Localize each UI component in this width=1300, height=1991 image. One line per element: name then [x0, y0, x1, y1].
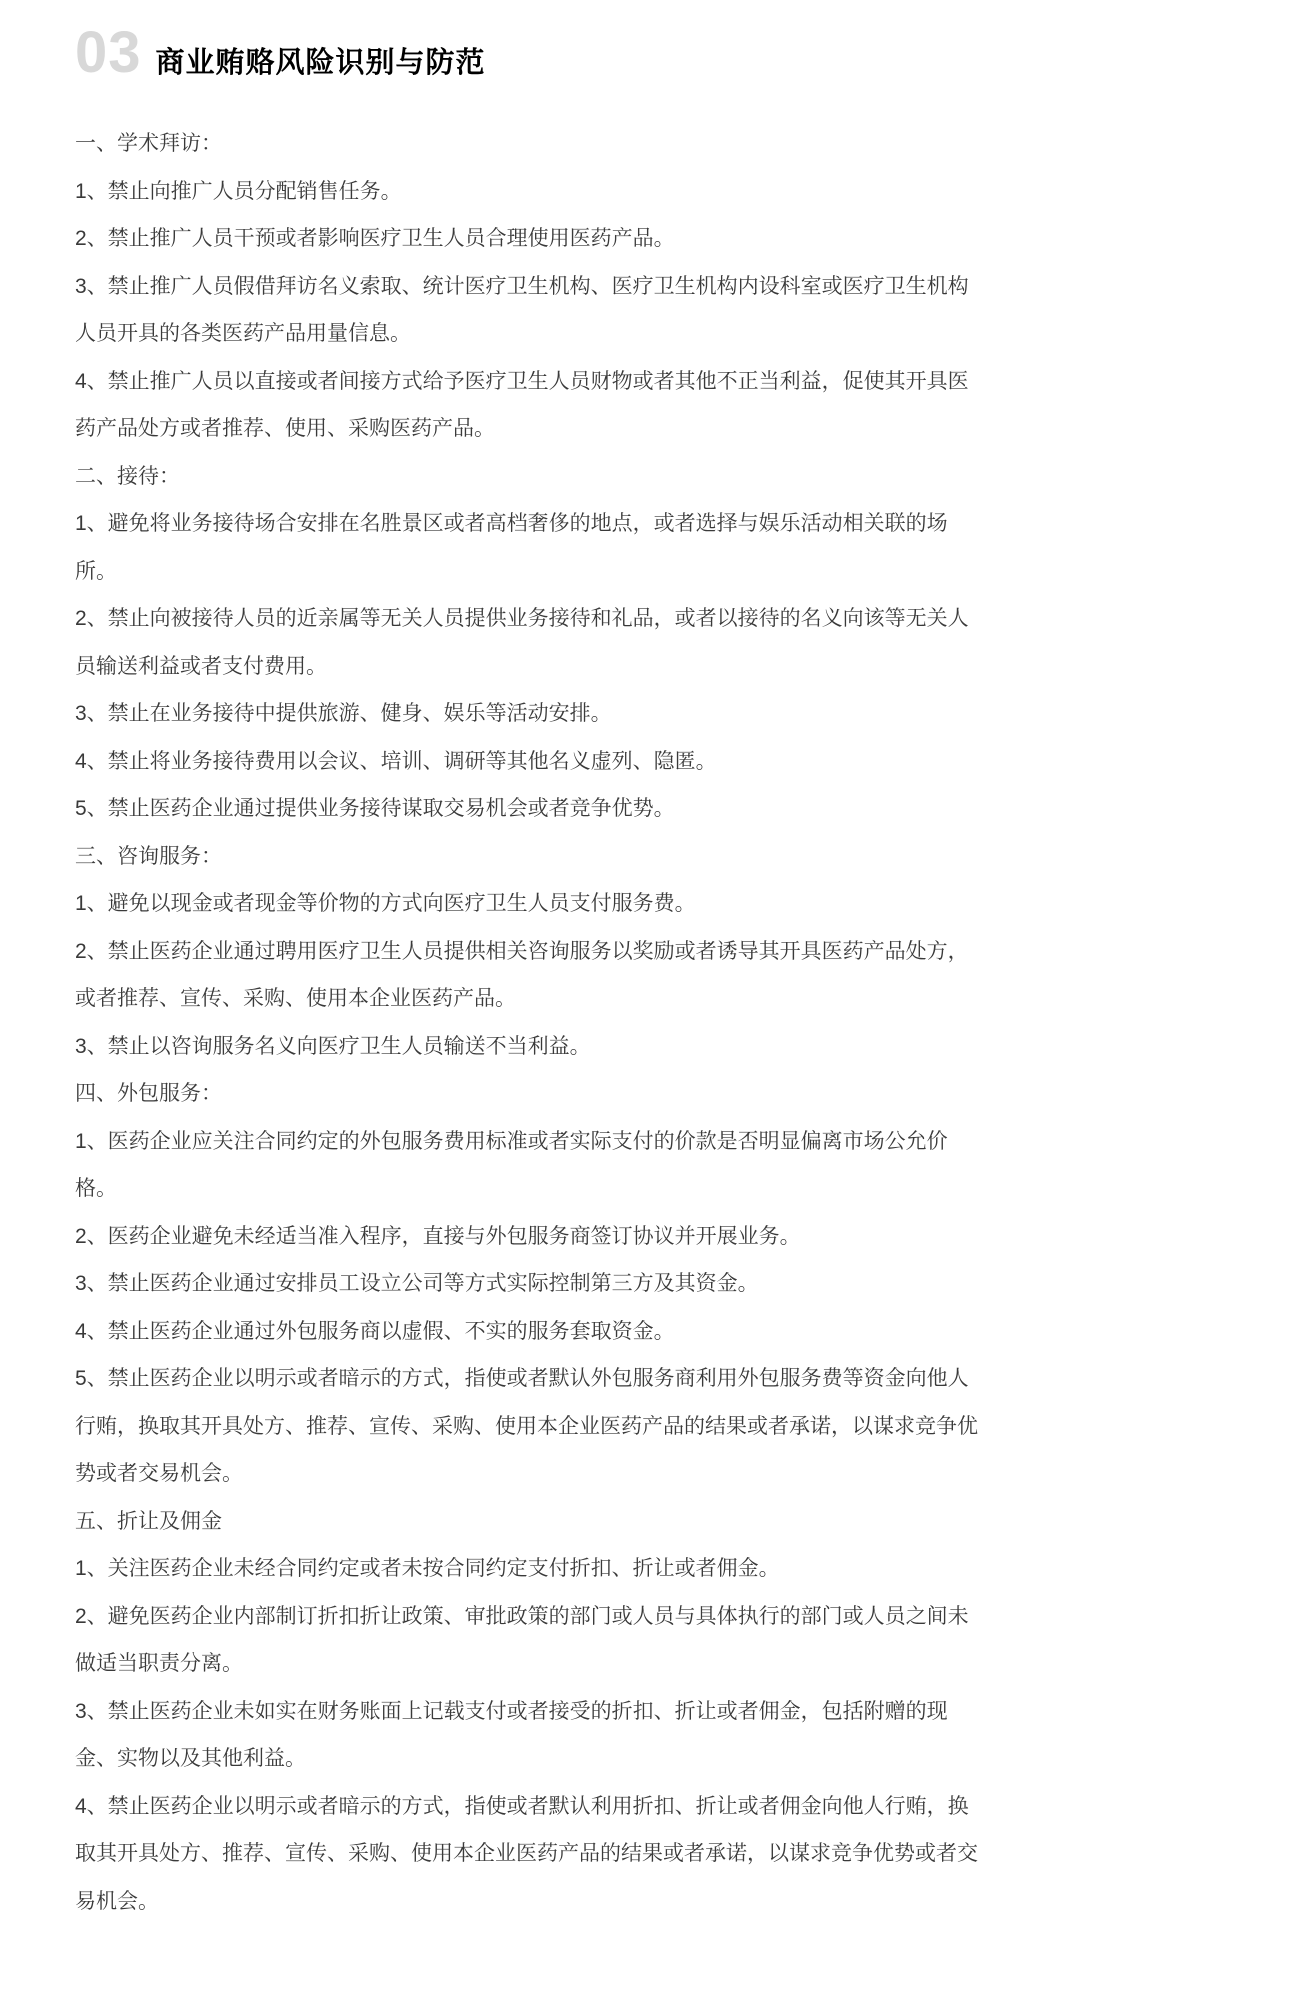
list-item: 1、关注医药企业未经合同约定或者未按合同约定支付折扣、折让或者佣金。	[75, 1545, 980, 1593]
list-item: 5、禁止医药企业以明示或者暗示的方式，指使或者默认外包服务商利用外包服务费等资金…	[75, 1355, 980, 1498]
section-number: 03	[75, 24, 142, 82]
list-item: 1、医药企业应关注合同约定的外包服务费用标准或者实际支付的价款是否明显偏离市场公…	[75, 1118, 980, 1213]
list-item: 2、禁止推广人员干预或者影响医疗卫生人员合理使用医药产品。	[75, 215, 980, 263]
list-item: 4、禁止推广人员以直接或者间接方式给予医疗卫生人员财物或者其他不正当利益，促使其…	[75, 358, 980, 453]
list-item: 1、禁止向推广人员分配销售任务。	[75, 168, 980, 216]
list-item: 3、禁止医药企业未如实在财务账面上记载支付或者接受的折扣、折让或者佣金，包括附赠…	[75, 1688, 980, 1783]
list-item: 2、避免医药企业内部制订折扣折让政策、审批政策的部门或人员与具体执行的部门或人员…	[75, 1593, 980, 1688]
page-title: 商业贿赂风险识别与防范	[156, 49, 486, 78]
list-item: 3、禁止以咨询服务名义向医疗卫生人员输送不当利益。	[75, 1023, 980, 1071]
document-body: 一、学术拜访：1、禁止向推广人员分配销售任务。2、禁止推广人员干预或者影响医疗卫…	[75, 120, 980, 1925]
list-item: 4、禁止医药企业通过外包服务商以虚假、不实的服务套取资金。	[75, 1308, 980, 1356]
list-item: 4、禁止将业务接待费用以会议、培训、调研等其他名义虚列、隐匿。	[75, 738, 980, 786]
section-heading: 一、学术拜访：	[75, 120, 980, 168]
list-item: 3、禁止医药企业通过安排员工设立公司等方式实际控制第三方及其资金。	[75, 1260, 980, 1308]
list-item: 3、禁止推广人员假借拜访名义索取、统计医疗卫生机构、医疗卫生机构内设科室或医疗卫…	[75, 263, 980, 358]
section-heading: 二、接待：	[75, 453, 980, 501]
list-item: 1、避免将业务接待场合安排在名胜景区或者高档奢侈的地点，或者选择与娱乐活动相关联…	[75, 500, 980, 595]
document-header: 03 商业贿赂风险识别与防范	[75, 24, 1300, 82]
list-item: 4、禁止医药企业以明示或者暗示的方式，指使或者默认利用折扣、折让或者佣金向他人行…	[75, 1783, 980, 1926]
list-item: 2、医药企业避免未经适当准入程序，直接与外包服务商签订协议并开展业务。	[75, 1213, 980, 1261]
section-heading: 三、咨询服务：	[75, 833, 980, 881]
section-heading: 四、外包服务：	[75, 1070, 980, 1118]
list-item: 2、禁止向被接待人员的近亲属等无关人员提供业务接待和礼品，或者以接待的名义向该等…	[75, 595, 980, 690]
list-item: 1、避免以现金或者现金等价物的方式向医疗卫生人员支付服务费。	[75, 880, 980, 928]
document-page: 03 商业贿赂风险识别与防范 一、学术拜访：1、禁止向推广人员分配销售任务。2、…	[0, 0, 1300, 1991]
section-heading: 五、折让及佣金	[75, 1498, 980, 1546]
list-item: 2、禁止医药企业通过聘用医疗卫生人员提供相关咨询服务以奖励或者诱导其开具医药产品…	[75, 928, 980, 1023]
list-item: 5、禁止医药企业通过提供业务接待谋取交易机会或者竞争优势。	[75, 785, 980, 833]
list-item: 3、禁止在业务接待中提供旅游、健身、娱乐等活动安排。	[75, 690, 980, 738]
